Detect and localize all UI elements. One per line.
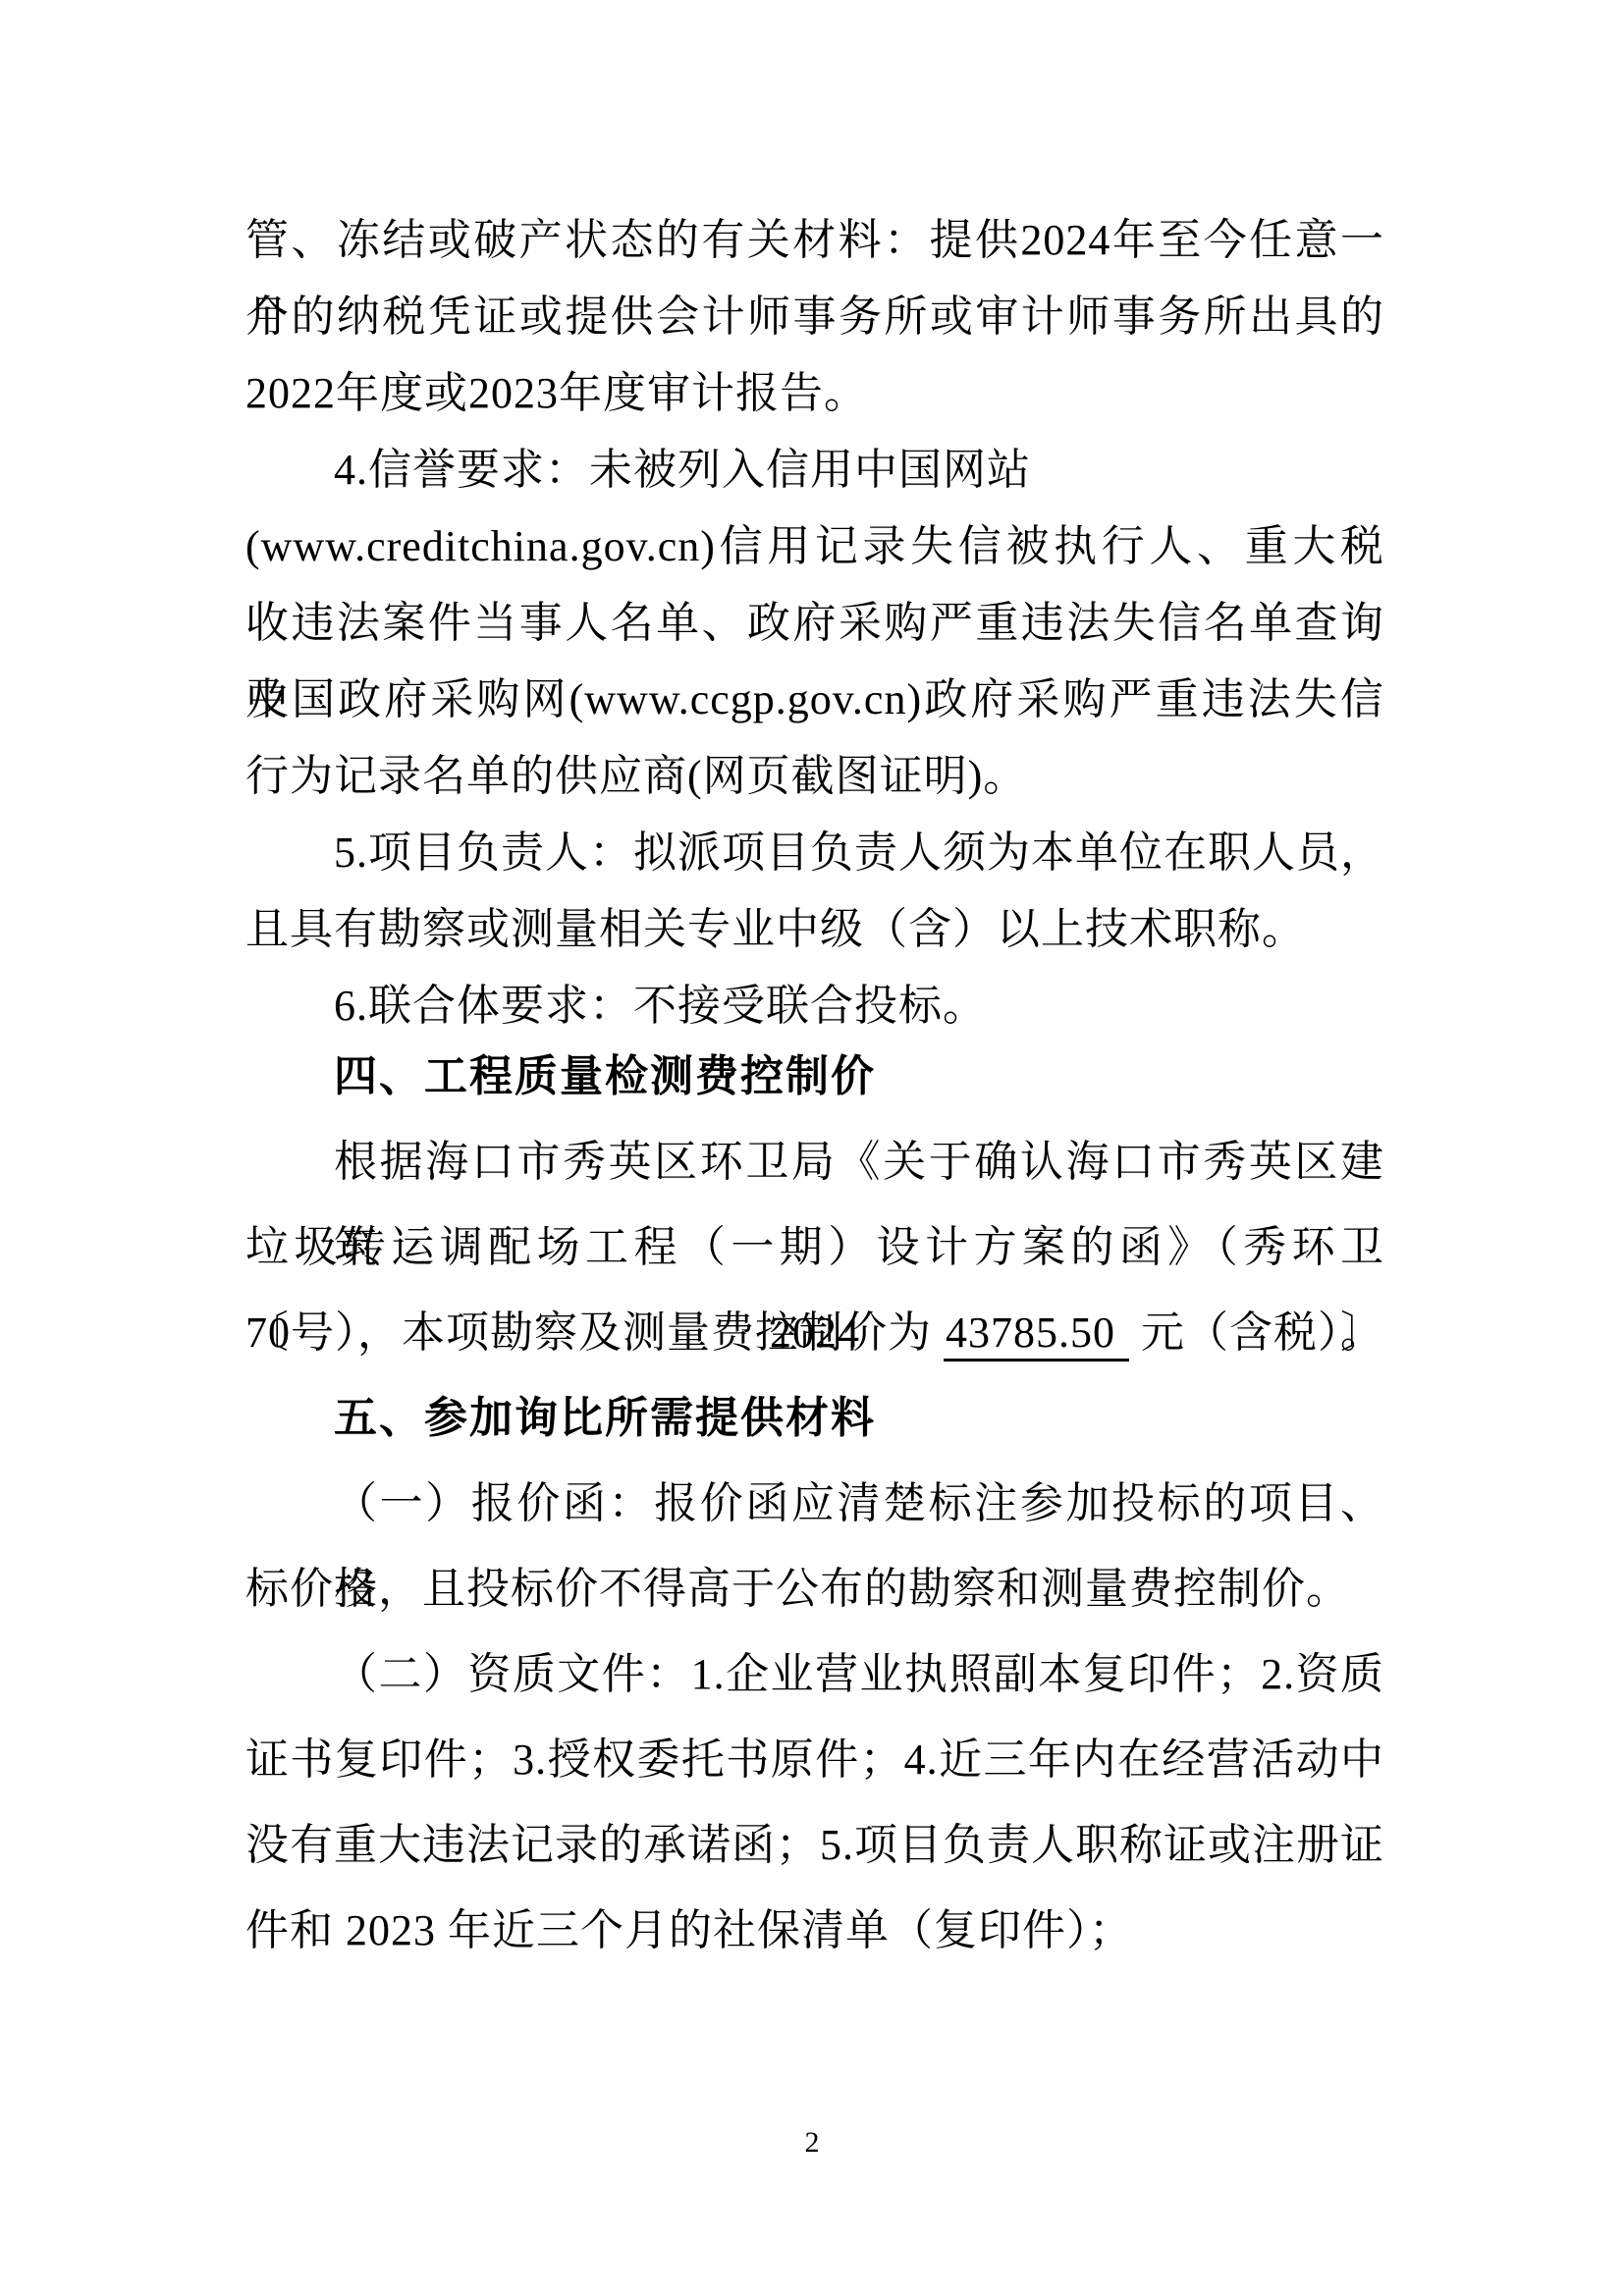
text-line: 管、冻结或破产状态的有关材料：提供2024年至今任意一个 <box>245 202 1384 279</box>
text-line: （二）资质文件：1.企业营业执照副本复印件；2.资质 <box>245 1631 1384 1717</box>
text-line: 没有重大违法记录的承诺函；5.项目负责人职称证或注册证 <box>245 1802 1384 1888</box>
paragraph-block-lower: 四、工程质量检测费控制价 根据海口市秀英区环卫局《关于确认海口市秀英区建筑 垃圾… <box>245 1034 1384 1973</box>
text-line: 收违法案件当事人名单、政府采购严重违法失信名单查询及 <box>245 585 1384 662</box>
price-line-suffix: 元（含税）。 <box>1129 1308 1384 1357</box>
controlled-price-value: 43785.50 <box>944 1308 1129 1362</box>
text-line: 中国政府采购网(www.ccgp.gov.cn)政府采购严重违法失信 <box>245 662 1384 738</box>
text-line: 标价格，且投标价不得高于公布的勘察和测量费控制价。 <box>245 1546 1384 1631</box>
text-line: 月的纳税凭证或提供会计师事务所或审计师事务所出具的 <box>245 279 1384 355</box>
text-line: 且具有勘察或测量相关专业中级（含）以上技术职称。 <box>245 891 1384 968</box>
text-line: 5.项目负责人：拟派项目负责人须为本单位在职人员， <box>245 815 1384 891</box>
section-heading-4: 四、工程质量检测费控制价 <box>245 1034 1384 1119</box>
price-line: 70号），本项勘察及测量费控制价为 43785.50 元（含税）。 <box>245 1290 1384 1375</box>
text-line: 件和 2023 年近三个月的社保清单（复印件）； <box>245 1888 1384 1973</box>
section-heading-5: 五、参加询比所需提供材料 <box>245 1375 1384 1461</box>
page-number: 2 <box>0 2120 1624 2165</box>
text-line: (www.creditchina.gov.cn)信用记录失信被执行人、重大税 <box>245 508 1384 585</box>
text-line: 根据海口市秀英区环卫局《关于确认海口市秀英区建筑 <box>245 1119 1384 1204</box>
text-line: （一）报价函：报价函应清楚标注参加投标的项目、投 <box>245 1461 1384 1546</box>
text-line: 2022年度或2023年度审计报告。 <box>245 355 1384 432</box>
text-line: 4.信誉要求：未被列入信用中国网站 <box>245 432 1384 508</box>
text-line: 行为记录名单的供应商(网页截图证明)。 <box>245 738 1384 815</box>
document-page: 管、冻结或破产状态的有关材料：提供2024年至今任意一个 月的纳税凭证或提供会计… <box>0 0 1624 2296</box>
text-line: 证书复印件；3.授权委托书原件；4.近三年内在经营活动中 <box>245 1717 1384 1802</box>
paragraph-block-upper: 管、冻结或破产状态的有关材料：提供2024年至今任意一个 月的纳税凭证或提供会计… <box>245 202 1384 1044</box>
text-line: 垃圾转运调配场工程（一期）设计方案的函》（秀环卫〔2024〕 <box>245 1204 1384 1290</box>
price-line-prefix: 70号），本项勘察及测量费控制价为 <box>245 1308 944 1357</box>
